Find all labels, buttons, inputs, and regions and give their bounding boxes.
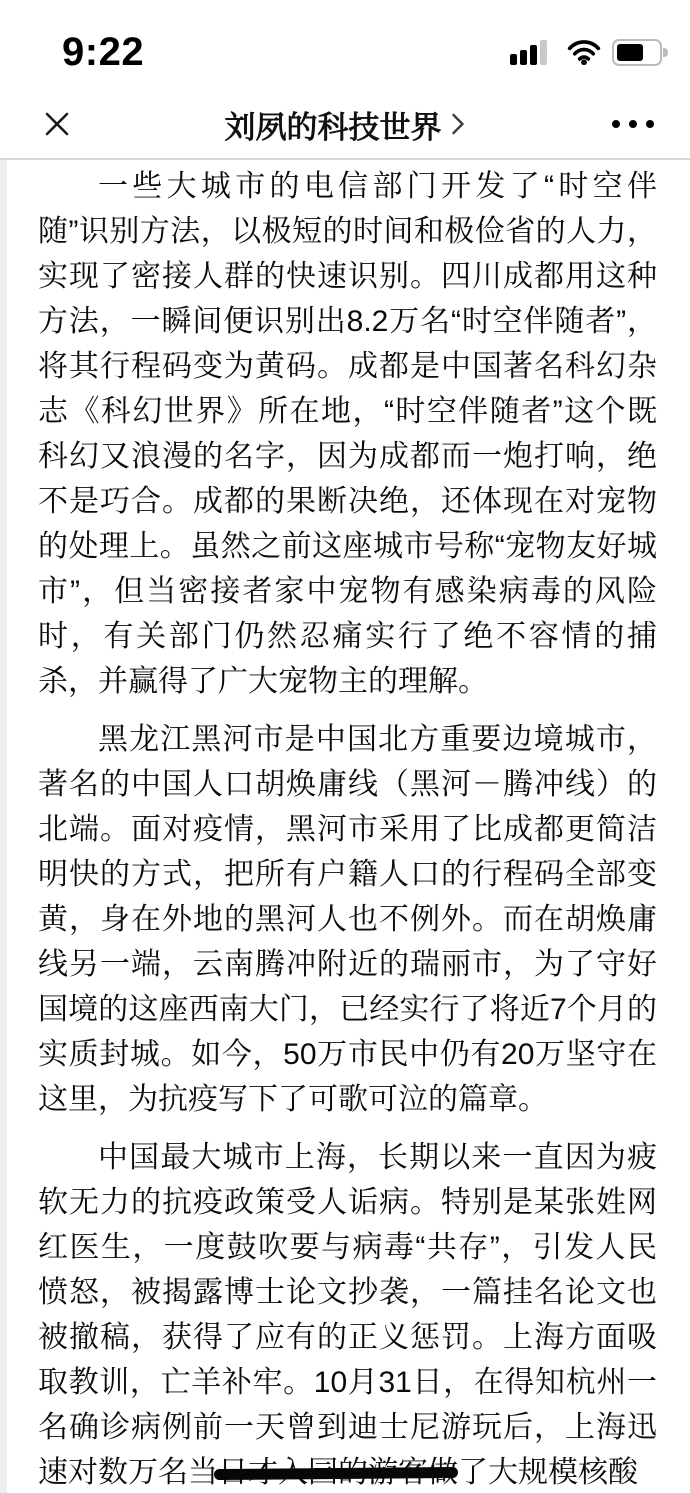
wifi-icon: [567, 39, 601, 65]
more-dots-icon: [646, 120, 654, 128]
nav-bar: 刘夙的科技世界: [0, 90, 690, 158]
close-button[interactable]: [40, 107, 74, 141]
wechat-article-page: 9:22: [0, 0, 690, 1493]
text-run: 了大规模核酸: [458, 1456, 638, 1489]
paragraph: 中国最大城市上海，长期以来一直因为疲软无力的抗疫政策受人诟病。特别是某张姓网红医…: [38, 1135, 657, 1493]
text-run: 中国最大城市上海，长期以来一直因为疲软无力的抗疫政策受人诟病。特别是某张姓网红医…: [38, 1141, 657, 1489]
cellular-signal-icon: [510, 37, 556, 67]
close-x-icon: [40, 107, 74, 141]
more-dots-icon: [629, 120, 637, 128]
struck-text: 日才入园的游客做: [218, 1456, 458, 1489]
status-time: 9:22: [62, 30, 144, 75]
account-title: 刘夙的科技世界: [225, 102, 442, 147]
account-title-link[interactable]: 刘夙的科技世界: [225, 102, 466, 147]
battery-nub: [663, 48, 668, 57]
paragraph: 黑龙江黑河市是中国北方重要边境城市，著名的中国人口胡焕庸线（黑河－腾冲线）的北端…: [38, 717, 657, 1122]
page-edge-shadow: [0, 160, 7, 1493]
chevron-right-icon: [451, 111, 466, 137]
more-button[interactable]: [612, 110, 654, 138]
paragraph: 一些大城市的电信部门开发了“时空伴随”识别方法，以极短的时间和极俭省的人力，实现…: [38, 164, 657, 704]
battery-fill: [617, 44, 643, 61]
text-run: 一些大城市的电信部门开发了“时空伴随”识别方法，以极短的时间和极俭省的人力，实现…: [38, 170, 657, 698]
status-icons: [510, 37, 662, 67]
text-run: 黑龙江黑河市是中国北方重要边境城市，著名的中国人口胡焕庸线（黑河－腾冲线）的北端…: [38, 723, 657, 1116]
battery-icon: [612, 39, 662, 66]
status-bar: 9:22: [0, 0, 690, 90]
more-dots-icon: [612, 120, 620, 128]
article-content: 一些大城市的电信部门开发了“时空伴随”识别方法，以极短的时间和极俭省的人力，实现…: [0, 158, 690, 1493]
article-body: 一些大城市的电信部门开发了“时空伴随”识别方法，以极短的时间和极俭省的人力，实现…: [38, 164, 657, 1493]
